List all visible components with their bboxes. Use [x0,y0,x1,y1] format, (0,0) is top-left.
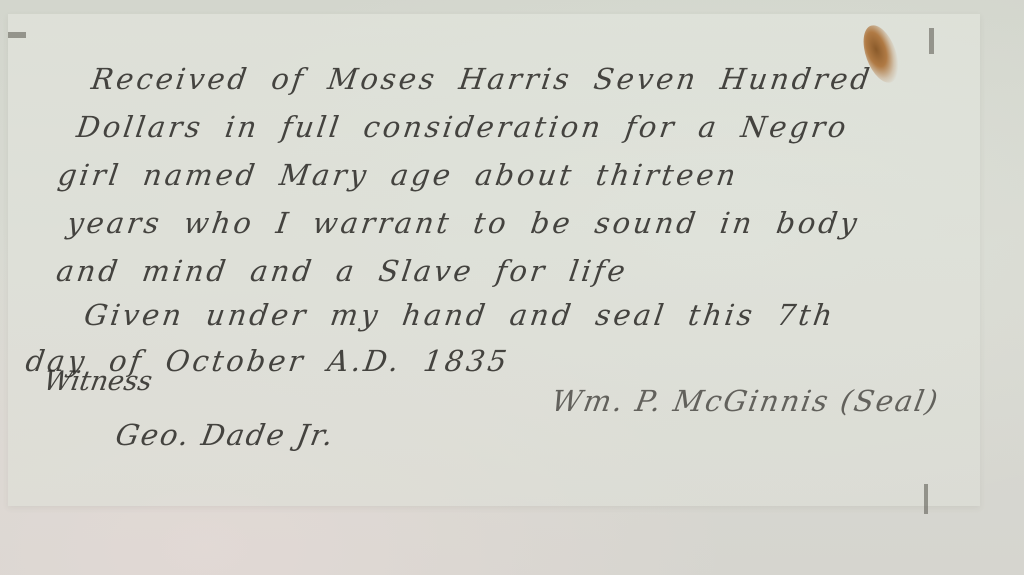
page-corner-mark [929,28,934,54]
body-line: Given under my hand and seal this 7th [82,298,837,332]
witness-name: Geo. Dade Jr. [113,418,338,452]
body-line: and mind and a Slave for life [54,254,630,288]
body-line: girl named Mary age about thirteen [56,158,741,192]
body-line: Received of Moses Harris Seven Hundred [89,62,874,96]
page-corner-mark [924,484,928,514]
witness-label: Witness [41,366,154,397]
body-line: years who I warrant to be sound in body [65,206,862,240]
page-corner-mark [8,32,26,38]
document-photo: Received of Moses Harris Seven Hundred D… [0,0,1024,575]
seller-signature: Wm. P. McGinnis (Seal) [549,384,942,418]
body-line: Dollars in full consideration for a Negr… [74,110,851,144]
